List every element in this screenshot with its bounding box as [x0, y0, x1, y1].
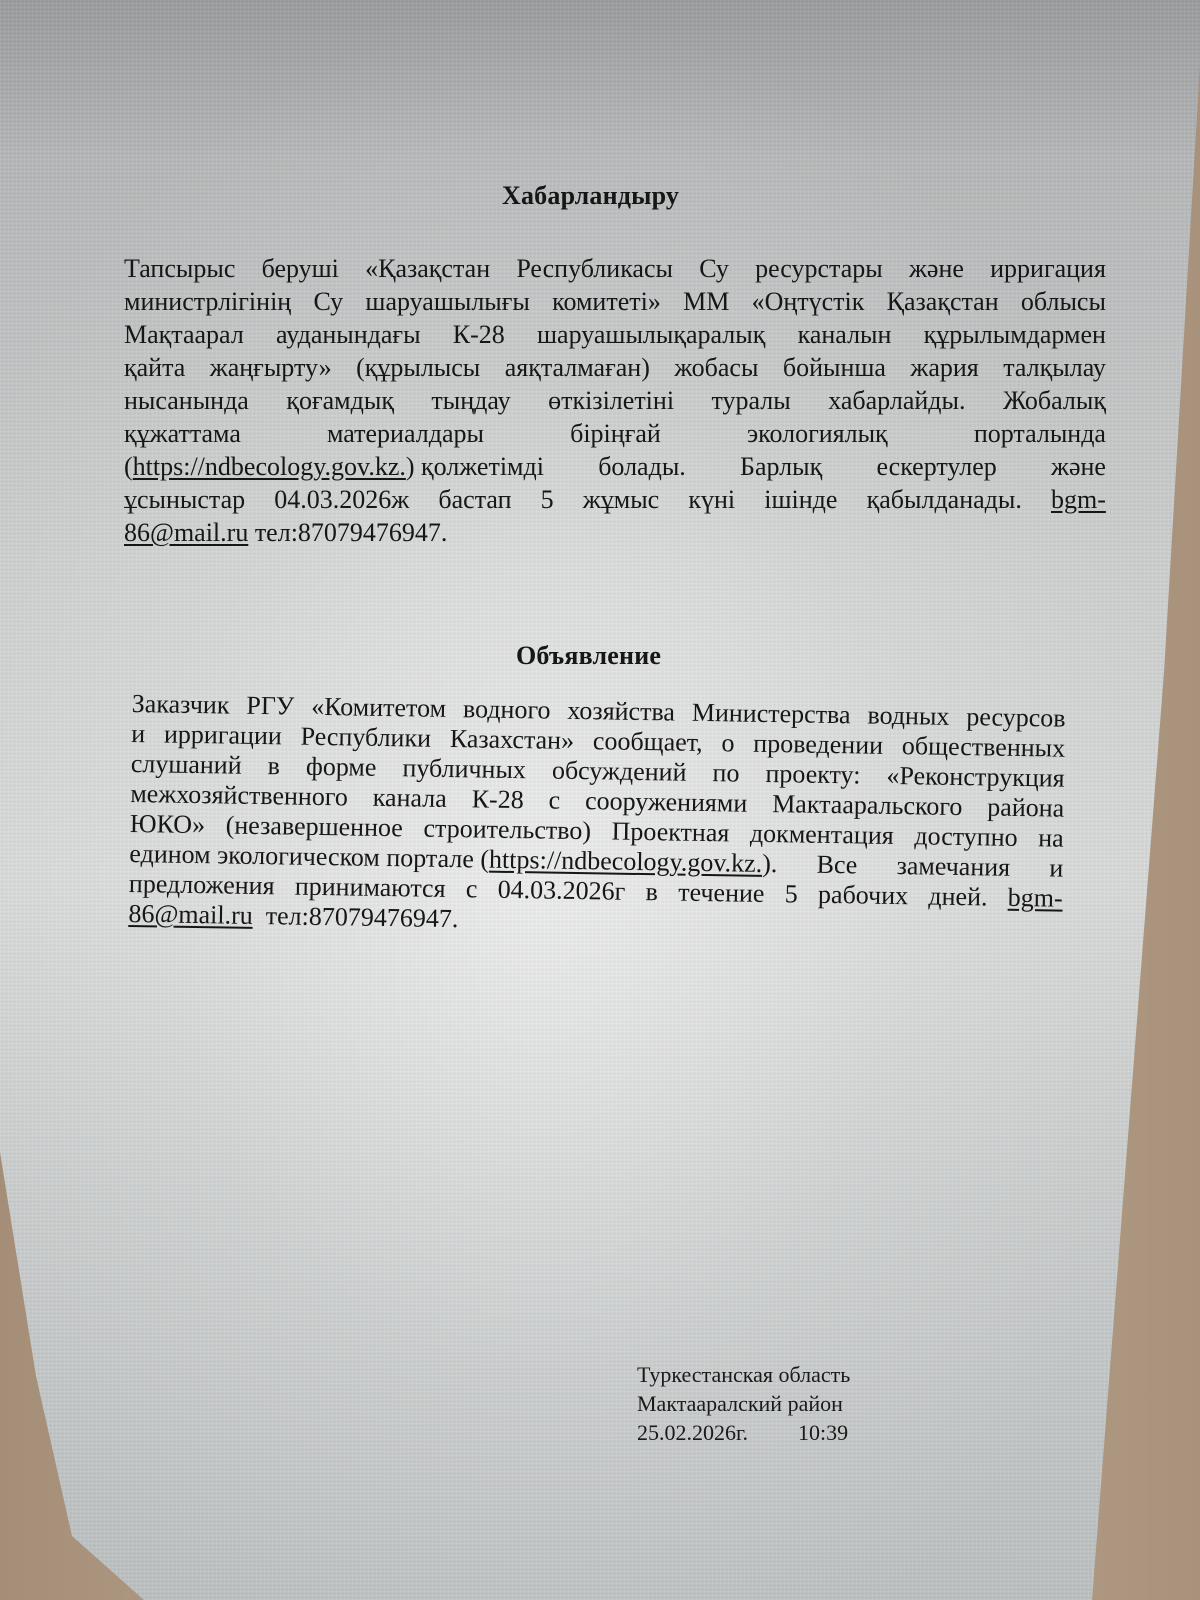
- word: болады.: [598, 452, 686, 482]
- word: ұсыныстар: [124, 485, 245, 515]
- word: тыңдау: [431, 386, 510, 416]
- word: с: [466, 874, 478, 904]
- word: Барлық: [740, 452, 822, 482]
- word: форме: [306, 752, 377, 783]
- word: публичных: [402, 753, 526, 785]
- word: жобасы: [674, 353, 758, 383]
- word: қайта: [124, 353, 185, 383]
- photo-scene: Хабарландыру Тапсырыс беруші «Қазақстан …: [0, 0, 1200, 1600]
- russian-notice-body: Заказчик РГУ «Комитетом водного хозяйств…: [132, 689, 1066, 704]
- word: дней.: [928, 882, 988, 913]
- kazakh-line-7: (https://ndbecology.gov.kz.) қолжетімді …: [124, 452, 1106, 482]
- word: экологиялық: [747, 419, 888, 449]
- word: 04.03.2026ж: [274, 485, 409, 515]
- word: порталында: [974, 419, 1106, 449]
- word: Жобалық: [1003, 386, 1106, 416]
- word: Су: [313, 287, 343, 317]
- word: общественных: [902, 731, 1066, 764]
- word: туралы: [712, 386, 791, 416]
- word: водного: [463, 694, 551, 725]
- kazakh-line-9: 86@mail.ru тел:87079476947.: [124, 518, 1106, 548]
- footer-datetime: 25.02.2026г.10:39: [637, 1418, 850, 1447]
- word: Су: [699, 254, 729, 284]
- word: Министерства: [692, 698, 851, 730]
- word: «Қазақстан: [365, 254, 490, 284]
- word: канала: [373, 783, 447, 814]
- word: ирригация: [990, 254, 1106, 284]
- open-paren: (: [124, 452, 133, 481]
- word: қоғамдық: [286, 386, 394, 416]
- word: хозяйства: [567, 696, 675, 728]
- word: в: [267, 751, 280, 781]
- word: водных: [867, 701, 949, 732]
- word: обсуждений: [552, 756, 687, 788]
- word: Казахстан»: [450, 724, 575, 756]
- word: ) қолжетімді: [406, 452, 544, 481]
- word: «Оңтүстік: [752, 287, 865, 317]
- word: құрылымдармен: [924, 320, 1106, 350]
- word: межхозяйственного: [130, 779, 348, 812]
- word: рабочих: [818, 880, 909, 911]
- word: ЮКО»: [130, 809, 206, 840]
- word: течение: [678, 878, 765, 909]
- notice-document: Хабарландыру Тапсырыс беруші «Қазақстан …: [0, 0, 1200, 1600]
- kazakh-line-5: нысанында қоғамдық тыңдау өткізілетіні т…: [124, 386, 1106, 416]
- word: ескертулер: [876, 452, 996, 482]
- word: предложения: [129, 869, 275, 901]
- word: өткізілетіні: [548, 386, 674, 416]
- word: 04.03.2026г: [497, 875, 625, 907]
- kazakh-phone: тел:87079476947.: [248, 518, 447, 547]
- word: слушаний: [131, 749, 242, 781]
- russian-phone: тел:87079476947.: [253, 901, 459, 933]
- word: жұмыс: [583, 485, 659, 515]
- word: талқылау: [1003, 353, 1106, 383]
- russian-portal-link[interactable]: https://ndbecology.gov.kz.: [489, 845, 763, 878]
- word: К-28: [471, 784, 523, 815]
- word: және: [1051, 452, 1106, 482]
- word: проекту:: [765, 759, 860, 790]
- word: жария: [910, 353, 978, 383]
- word: 5: [541, 485, 554, 515]
- word: Проектная: [611, 817, 729, 849]
- word: аяқталмаған): [505, 353, 650, 383]
- text: едином экологическом портале (: [129, 839, 489, 874]
- word: (https://ndbecology.gov.kz.) қолжетімді: [124, 452, 544, 482]
- word: шаруашылығы: [365, 287, 529, 317]
- word: ММ: [683, 287, 729, 317]
- word: хабарлайды.: [828, 386, 965, 416]
- word: күні: [688, 485, 735, 515]
- word: қабылданады.: [867, 485, 1022, 515]
- word: Қазақстан: [887, 287, 999, 317]
- word: Заказчик: [132, 689, 230, 721]
- word: «Реконструкция: [886, 761, 1065, 794]
- russian-email-link-part2[interactable]: 86@mail.ru: [128, 899, 253, 930]
- word: доступно: [914, 821, 1018, 853]
- word: Тапсырыс: [124, 254, 235, 284]
- kazakh-line-6: құжаттама материалдары біріңғай экология…: [124, 419, 1106, 449]
- word: құжаттама: [124, 419, 241, 449]
- period: .: [771, 849, 778, 878]
- footer-region: Туркестанская область: [637, 1360, 850, 1389]
- kazakh-line-8: ұсыныстар 04.03.2026ж бастап 5 жұмыс күн…: [124, 485, 1106, 515]
- word: «Комитетом: [311, 692, 446, 724]
- kazakh-line-3: Мақтаарал ауданындағы К-28 шаруашылықара…: [124, 320, 1106, 350]
- word: РГУ: [246, 691, 294, 722]
- word: проведении: [753, 729, 883, 761]
- word: бойынша: [783, 353, 886, 383]
- word: принимаются: [295, 872, 446, 904]
- word: және: [909, 254, 964, 284]
- word: и: [1049, 853, 1063, 883]
- word: по: [712, 758, 739, 788]
- word: Мактааральского: [772, 789, 963, 822]
- word: в: [645, 877, 658, 907]
- russian-email-link-part1[interactable]: bgm-: [1008, 883, 1063, 914]
- kazakh-line-1: Тапсырыс беруші «Қазақстан Республикасы …: [124, 254, 1106, 284]
- kazakh-email-link-part1[interactable]: bgm-: [1051, 485, 1106, 515]
- word: бастап: [438, 485, 511, 515]
- word: с: [548, 786, 560, 816]
- word: ресурсов: [966, 702, 1066, 734]
- word: шаруашылықаралық: [537, 320, 765, 350]
- word: комитеті»: [552, 287, 661, 317]
- word: замечания: [896, 851, 1010, 883]
- word: каналын: [798, 320, 892, 350]
- kazakh-notice-title: Хабарландыру: [502, 181, 679, 211]
- word: К-28: [453, 320, 505, 350]
- word: ішінде: [764, 485, 837, 515]
- word: ирригации: [164, 720, 282, 752]
- footer-signature-block: Туркестанская область Мактааралский райо…: [637, 1360, 850, 1447]
- word: министрлігінің: [124, 287, 291, 317]
- word: докментация: [750, 819, 894, 851]
- kazakh-line-2: министрлігінің Су шаруашылығы комитеті» …: [124, 287, 1106, 317]
- word: сообщает,: [593, 726, 703, 758]
- word: материалдары: [327, 419, 484, 449]
- word: 5: [785, 879, 798, 909]
- kazakh-line-4: қайта жаңғырту» (құрылысы аяқталмаған) ж…: [124, 353, 1106, 383]
- word: біріңғай: [570, 419, 661, 449]
- russian-notice-title: Объявление: [516, 641, 661, 671]
- word: Все: [816, 850, 857, 881]
- word: (незавершенное: [225, 810, 403, 843]
- word: беруші: [262, 254, 339, 284]
- word: Республики: [300, 722, 431, 754]
- footer-time: 10:39: [798, 1418, 848, 1447]
- word: облысы: [1021, 287, 1106, 317]
- word: строительство): [423, 814, 591, 847]
- word: на: [1038, 823, 1064, 853]
- kazakh-email-link-part2[interactable]: 86@mail.ru: [124, 518, 248, 547]
- word: и: [131, 719, 145, 749]
- footer-date: 25.02.2026г.: [637, 1420, 748, 1445]
- word: жаңғырту»: [210, 353, 332, 383]
- word: района: [987, 792, 1064, 823]
- word: нысанында: [124, 386, 249, 416]
- word: (құрылысы: [356, 353, 480, 383]
- kazakh-portal-link[interactable]: https://ndbecology.gov.kz.: [133, 452, 406, 481]
- word: ауданындағы: [276, 320, 421, 350]
- footer-district: Мактааралский район: [637, 1389, 850, 1418]
- word: ресурстары: [755, 254, 883, 284]
- word: о: [721, 728, 734, 758]
- word: сооружениями: [585, 786, 748, 819]
- word: Республикасы: [516, 254, 673, 284]
- word: Мақтаарал: [124, 320, 244, 350]
